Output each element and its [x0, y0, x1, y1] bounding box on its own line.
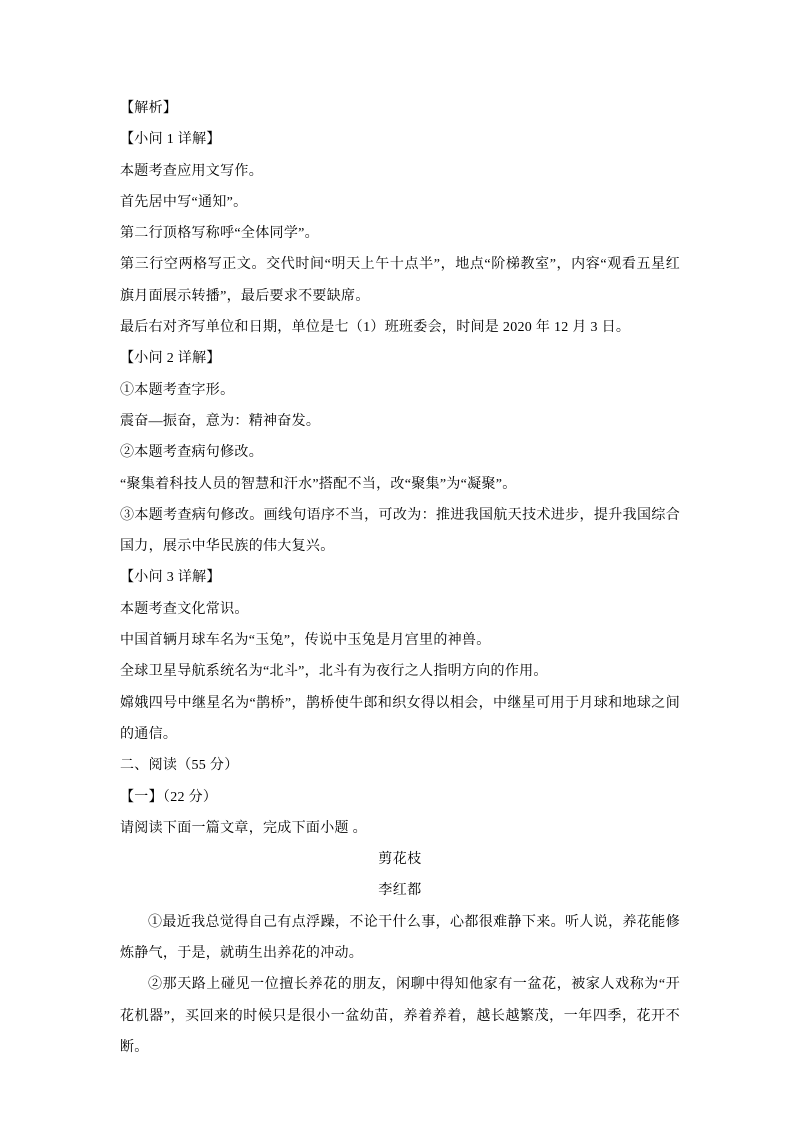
q2-line-5: ③本题考查病句修改。画线句语序不当，可改为：推进我国航天技术进步，提升我国综合国… — [120, 500, 680, 563]
document-page: 【解析】 【小问 1 详解】 本题考查应用文写作。 首先居中写“通知”。 第二行… — [0, 0, 794, 1123]
q3-line-4: 嫦娥四号中继星名为“鹊桥”，鹊桥使牛郎和织女得以相会，中继星可用于月球和地球之间… — [120, 688, 680, 751]
subquestion-2-header: 【小问 2 详解】 — [120, 343, 680, 374]
subquestion-3-header: 【小问 3 详解】 — [120, 562, 680, 593]
q3-line-3: 全球卫星导航系统名为“北斗”，北斗有为夜行之人指明方向的作用。 — [120, 656, 680, 687]
article-author: 李红都 — [120, 875, 680, 906]
reading-part-one-heading: 【一】（22 分） — [120, 782, 680, 813]
article-paragraph-1: ①最近我总觉得自己有点浮躁，不论干什么事，心都很难静下来。听人说，养花能修炼静气… — [120, 907, 680, 970]
q2-line-4: “聚集着科技人员的智慧和汗水”搭配不当，改“聚集”为“凝聚”。 — [120, 469, 680, 500]
q3-line-1: 本题考查文化常识。 — [120, 594, 680, 625]
analysis-label: 【解析】 — [120, 93, 680, 124]
subquestion-1-header: 【小问 1 详解】 — [120, 124, 680, 155]
q2-line-2: 震奋—振奋，意为：精神奋发。 — [120, 406, 680, 437]
reading-instruction: 请阅读下面一篇文章，完成下面小题 。 — [120, 813, 680, 844]
q1-line-2: 首先居中写“通知”。 — [120, 187, 680, 218]
q2-line-1: ①本题考查字形。 — [120, 375, 680, 406]
q3-line-2: 中国首辆月球车名为“玉兔”，传说中玉兔是月宫里的神兽。 — [120, 625, 680, 656]
reading-section-heading: 二、阅读（55 分） — [120, 750, 680, 781]
q2-line-3: ②本题考查病句修改。 — [120, 437, 680, 468]
q1-line-5: 最后右对齐写单位和日期，单位是七（1）班班委会，时间是 2020 年 12 月 … — [120, 312, 680, 343]
q1-line-3: 第二行顶格写称呼“全体同学”。 — [120, 218, 680, 249]
q1-line-4: 第三行空两格写正文。交代时间“明天上午十点半”，地点“阶梯教室”，内容“观看五星… — [120, 249, 680, 312]
article-title: 剪花枝 — [120, 844, 680, 875]
q1-line-1: 本题考查应用文写作。 — [120, 156, 680, 187]
article-paragraph-2: ②那天路上碰见一位擅长养花的朋友，闲聊中得知他家有一盆花，被家人戏称为“开花机器… — [120, 969, 680, 1063]
